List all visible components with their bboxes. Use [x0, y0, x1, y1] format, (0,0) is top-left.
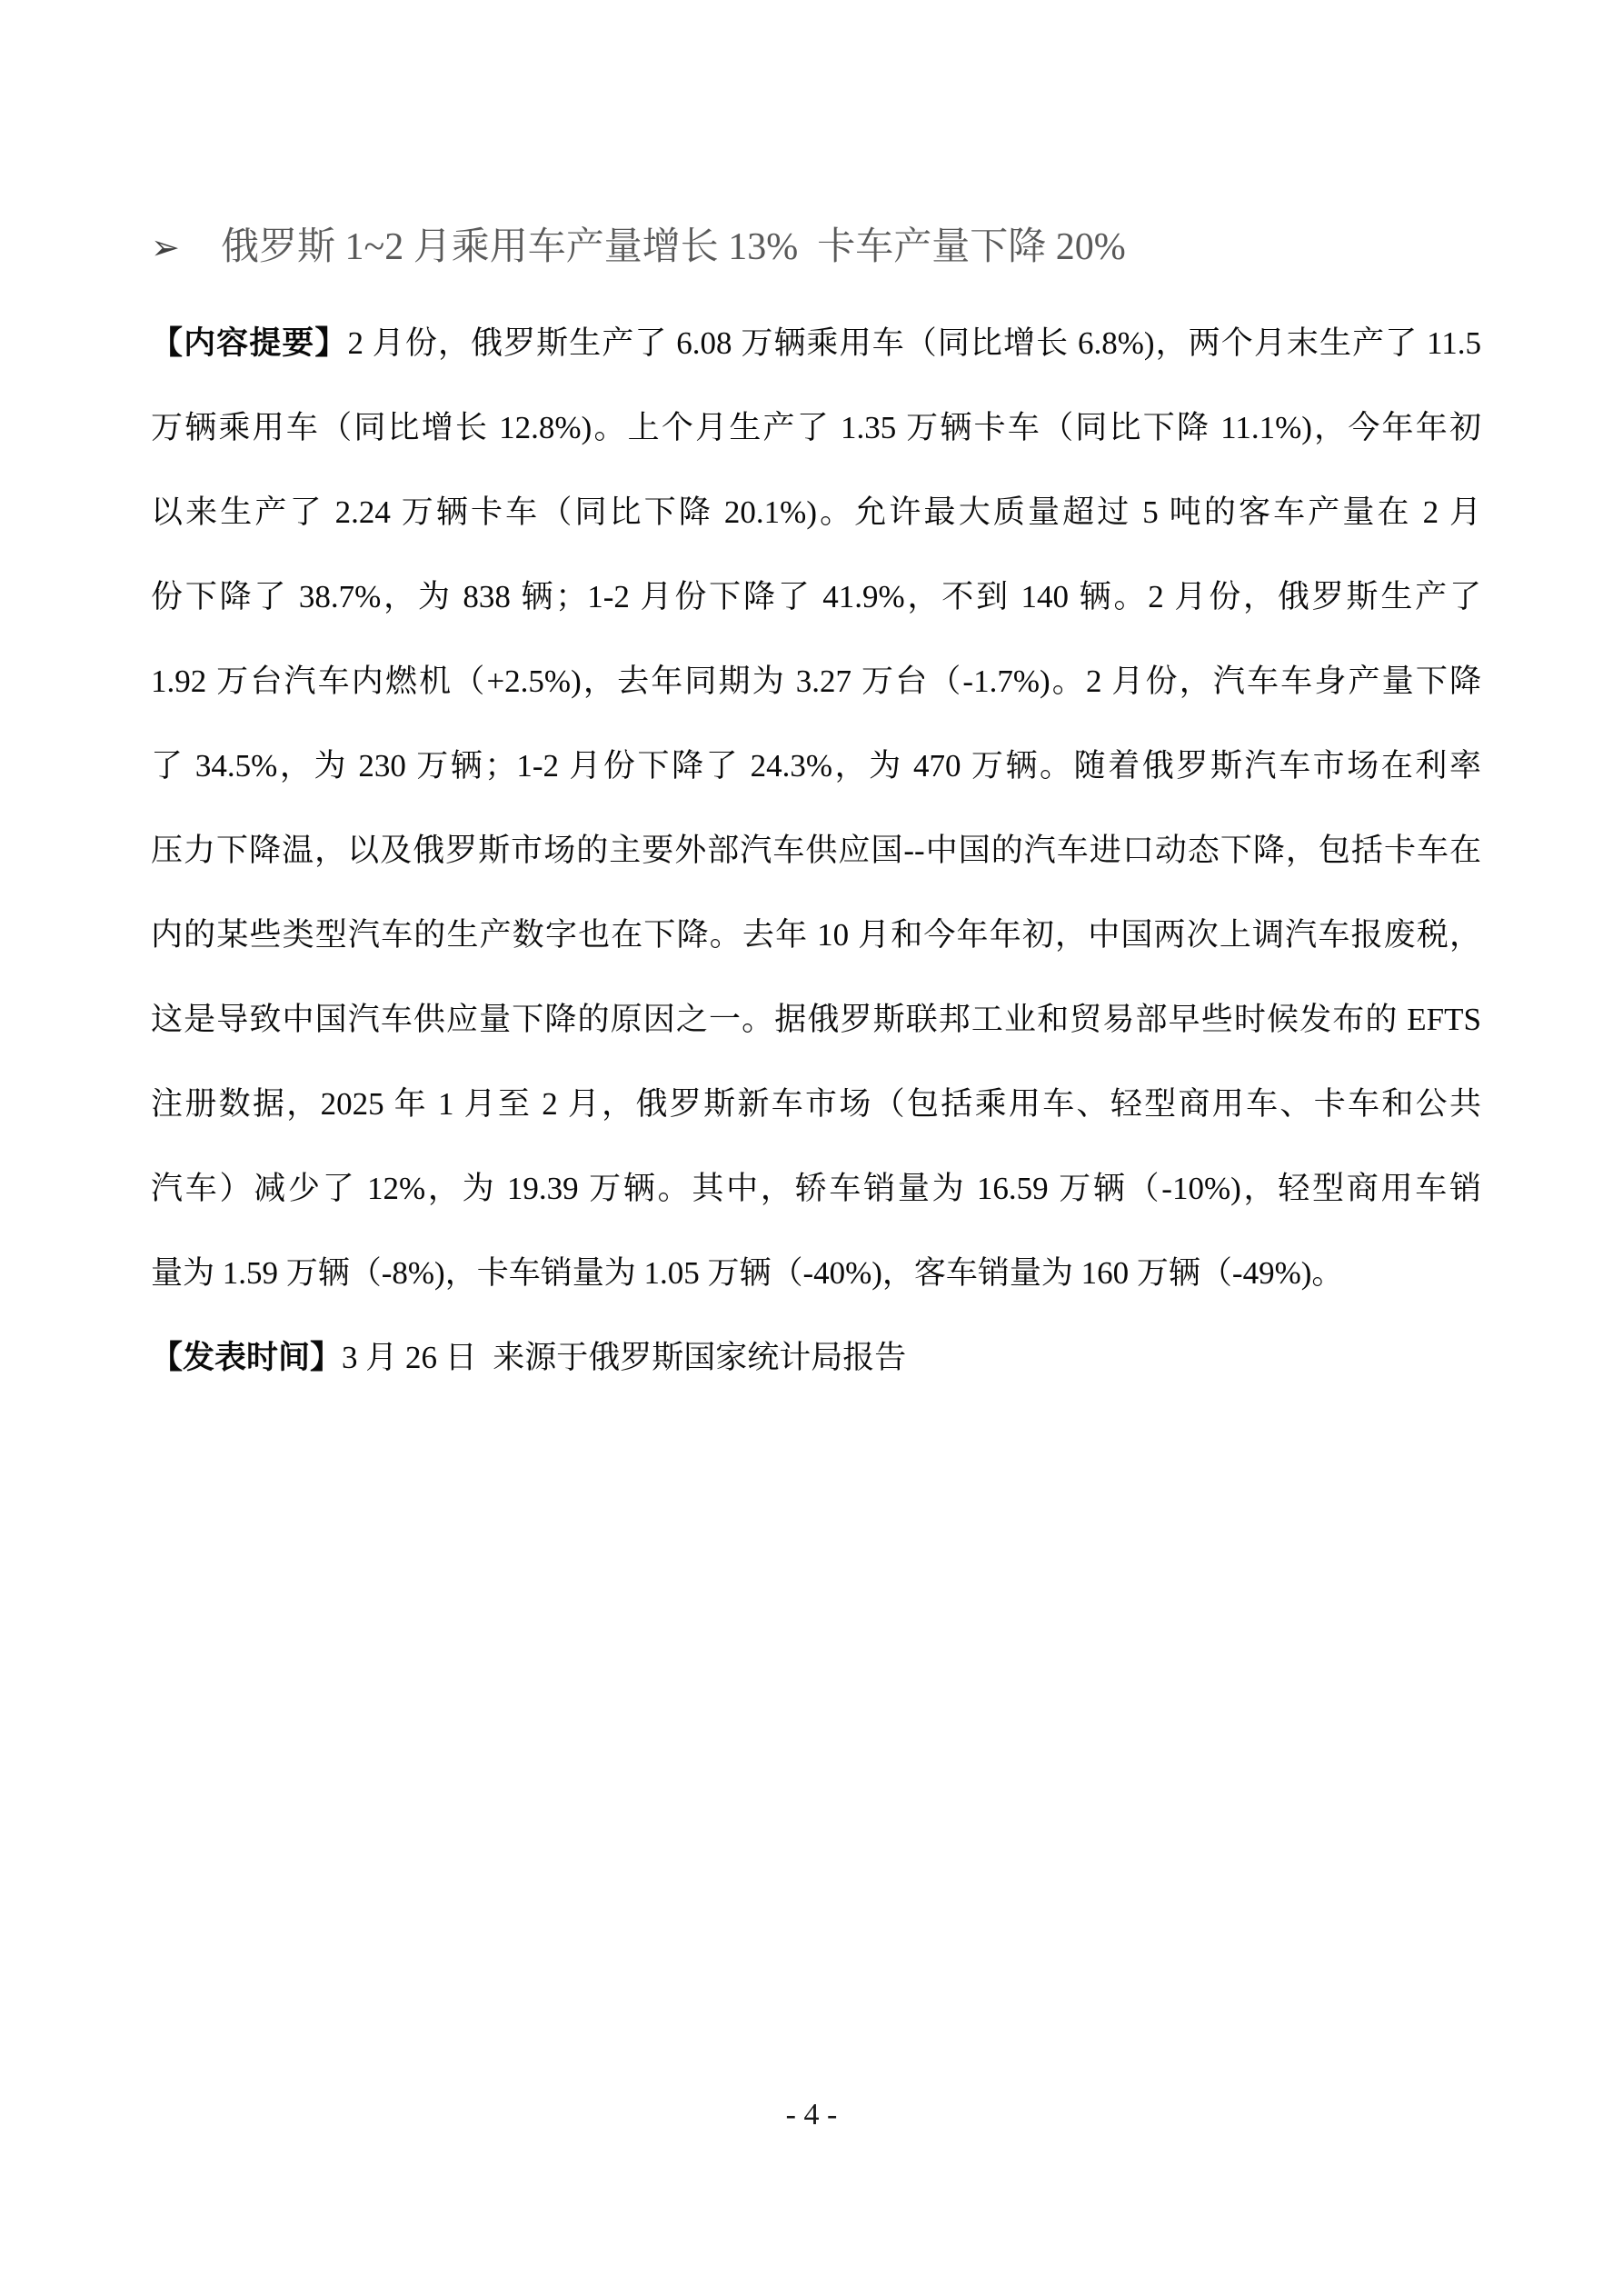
summary-line: 量为 1.59 万辆（-8%)，卡车销量为 1.05 万辆（-40%)，客车销量… [151, 1231, 1481, 1315]
publish-date-text: 3 月 26 日 来源于俄罗斯国家统计局报告 [342, 1340, 906, 1375]
arrow-bullet-icon: ➢ [151, 224, 221, 271]
summary-line: 万辆乘用车（同比增长 12.8%)。上个月生产了 1.35 万辆卡车（同比下降 … [151, 385, 1481, 470]
summary-line: 1.92 万台汽车内燃机（+2.5%)，去年同期为 3.27 万台（-1.7%)… [151, 639, 1481, 724]
document-page: ➢俄罗斯 1~2 月乘用车产量增长 13% 卡车产量下降 20% 【内容提要】2… [0, 0, 1623, 2296]
summary-line: 压力下降温，以及俄罗斯市场的主要外部汽车供应国--中国的汽车进口动态下降，包括卡… [151, 808, 1481, 893]
summary-line: 【内容提要】2 月份，俄罗斯生产了 6.08 万辆乘用车（同比增长 6.8%)，… [151, 301, 1481, 385]
publish-date-line: 【发表时间】3 月 26 日 来源于俄罗斯国家统计局报告 [151, 1315, 1481, 1400]
summary-line-text: 2 月份，俄罗斯生产了 6.08 万辆乘用车（同比增长 6.8%)，两个月末生产… [347, 325, 1481, 361]
summary-line: 份下降了 38.7%，为 838 辆；1-2 月份下降了 41.9%，不到 14… [151, 554, 1481, 639]
article-heading: ➢俄罗斯 1~2 月乘用车产量增长 13% 卡车产量下降 20% [151, 224, 1514, 271]
summary-line: 以来生产了 2.24 万辆卡车（同比下降 20.1%)。允许最大质量超过 5 吨… [151, 470, 1481, 554]
summary-label: 【内容提要】 [151, 325, 347, 361]
summary-line: 注册数据，2025 年 1 月至 2 月，俄罗斯新车市场（包括乘用车、轻型商用车… [151, 1062, 1481, 1146]
article-body: 【内容提要】2 月份，俄罗斯生产了 6.08 万辆乘用车（同比增长 6.8%)，… [151, 301, 1481, 1400]
publish-date-label: 【发表时间】 [151, 1340, 342, 1375]
summary-line: 内的某些类型汽车的生产数字也在下降。去年 10 月和今年年初，中国两次上调汽车报… [151, 893, 1481, 977]
summary-line: 这是导致中国汽车供应量下降的原因之一。据俄罗斯联邦工业和贸易部早些时候发布的 E… [151, 977, 1481, 1062]
summary-line: 了 34.5%，为 230 万辆；1-2 月份下降了 24.3%，为 470 万… [151, 724, 1481, 808]
summary-line: 汽车）减少了 12%，为 19.39 万辆。其中，轿车销量为 16.59 万辆（… [151, 1146, 1481, 1231]
article-heading-text: 俄罗斯 1~2 月乘用车产量增长 13% 卡车产量下降 20% [221, 226, 1126, 268]
page-number: - 4 - [0, 2098, 1623, 2132]
